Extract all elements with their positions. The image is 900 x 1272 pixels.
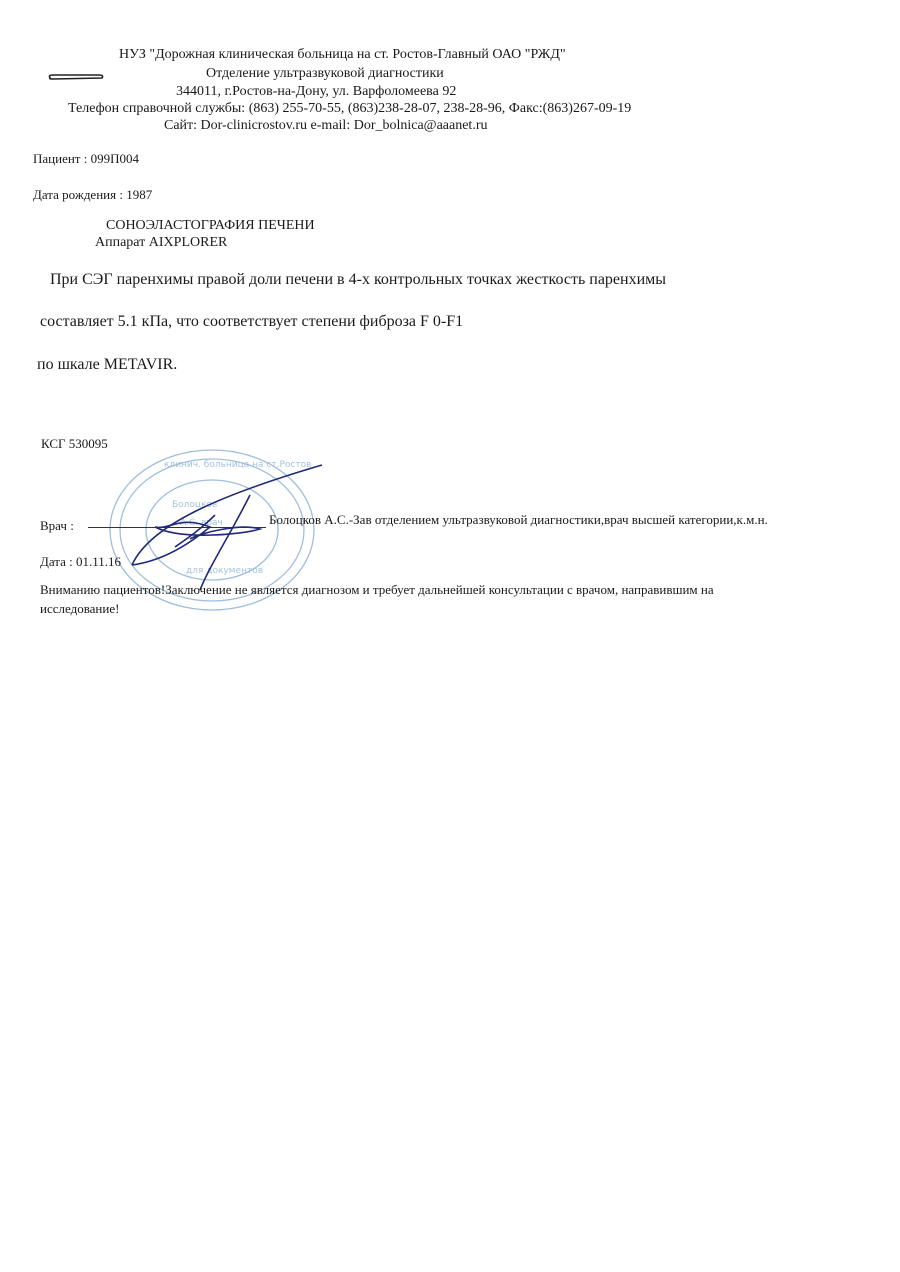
study-title: СОНОЭЛАСТОГРАФИЯ ПЕЧЕНИ	[106, 218, 315, 234]
exam-date: Дата : 01.11.16	[40, 554, 121, 570]
ksg-code: КСГ 530095	[41, 436, 108, 452]
device-name: Аппарат AIXPLORER	[95, 235, 227, 251]
findings-line-3: по шкале METAVIR.	[37, 356, 177, 374]
patient-notice-line-1: Вниманию пациентов!Заключение не являетс…	[40, 582, 714, 598]
staple-mark	[47, 73, 105, 81]
birth-year: Дата рождения : 1987	[33, 187, 152, 203]
findings-line-1: При СЭГ паренхимы правой доли печени в 4…	[50, 271, 666, 289]
patient-notice-line-2: исследование!	[40, 601, 119, 617]
hospital-address: 344011, г.Ростов-на-Дону, ул. Варфоломее…	[176, 83, 456, 101]
department-name: Отделение ультразвуковой диагностики	[206, 65, 444, 83]
hospital-web-email: Сайт: Dor-clinicrostov.ru e-mail: Dor_bo…	[164, 117, 487, 135]
doctor-name: Болоцков А.С.-Зав отделением ультразвуко…	[269, 512, 768, 528]
doctor-label: Врач :	[40, 518, 74, 534]
patient-id: Пациент : 099П004	[33, 151, 139, 167]
hospital-name: НУЗ "Дорожная клиническая больница на ст…	[119, 46, 566, 64]
hospital-phones: Телефон справочной службы: (863) 255-70-…	[68, 100, 631, 118]
findings-line-2: составляет 5.1 кПа, что соответствует ст…	[40, 313, 463, 331]
